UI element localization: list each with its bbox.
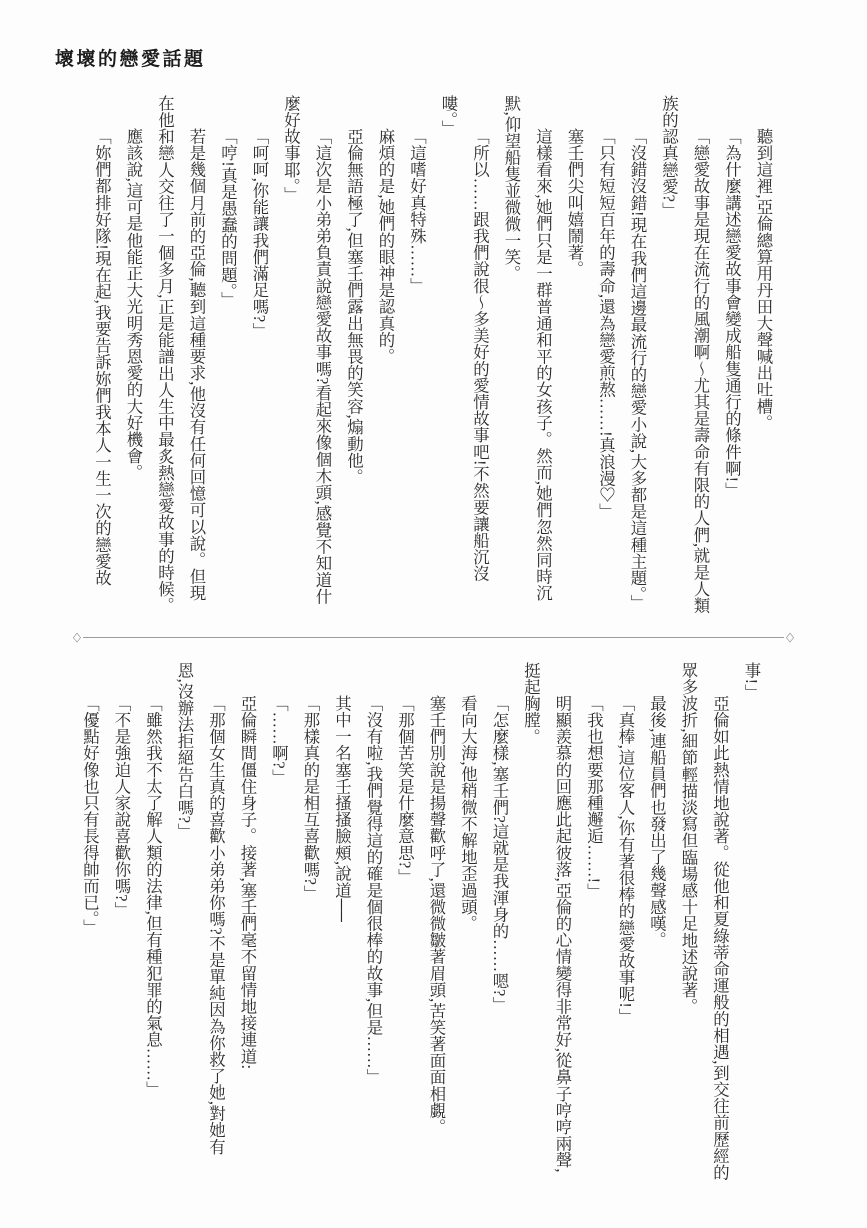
text-column: 亞倫無語極了,但塞壬們露出無畏的笑容,煽動他。	[338, 95, 370, 627]
text-column: 麼好故事耶。」	[275, 95, 307, 627]
text-column: 塞壬們別說是揚聲歡呼了,還微微皺著眉頭,苦笑著面面相覷。	[421, 662, 453, 1210]
text-column: 塞壬們尖叫嬉鬧著。	[559, 95, 591, 627]
text-column: 「這次是小弟弟負責說戀愛故事嗎?看起來像個木頭,感覺不知道什	[307, 95, 339, 627]
text-column: 應該說,這可是他能正大光明秀恩愛的大好機會。	[118, 95, 150, 627]
text-column: 若是幾個月前的亞倫,聽到這種要求,他沒有任何回憶可以說。但現	[181, 95, 213, 627]
bottom-text-block: 事!」亞倫如此熱情地說著。從他和夏綠蒂命運般的相遇,到交往前歷經的眾多波折,細節…	[74, 662, 767, 1210]
text-column: 族的認真戀愛?」	[653, 95, 685, 627]
text-column: 看向大海,他稍微不解地歪過頭。	[452, 662, 484, 1210]
text-column: 「戀愛故事是現在流行的風潮啊〜尤其是壽命有限的人們,就是人類	[685, 95, 717, 627]
top-text-block: 聽到這裡,亞倫總算用丹田大聲喊出吐槽。「為什麼講述戀愛故事會變成船隻通行的條件啊…	[86, 95, 779, 627]
text-column: 眾多波折,細節輕描淡寫但臨場感十足地述說著。	[673, 662, 705, 1210]
text-column: 在他和戀人交往了一個多月,正是能譜出人生中最炙熱戀愛故事的時候。	[149, 95, 181, 627]
text-column: 「……啊?」	[263, 662, 295, 1210]
text-column: 「不是強迫人家說喜歡你嗎?」	[106, 662, 138, 1210]
text-column: 恩,沒辦法拒絕告白嗎?」	[169, 662, 201, 1210]
text-column: 「那樣真的是相互喜歡嗎?」	[295, 662, 327, 1210]
text-column: 亞倫如此熱情地說著。從他和夏綠蒂命運般的相遇,到交往前歷經的	[704, 662, 736, 1210]
text-column: 「我也想要那種邂逅……!」	[578, 662, 610, 1210]
text-column: 「沒錯沒錯!現在我們這邊最流行的戀愛小說,大多都是這種主題。」	[622, 95, 654, 627]
diamond-icon: ◇	[786, 631, 794, 644]
text-column: 「優點好像也只有長得帥而已。」	[74, 662, 106, 1210]
text-column: 麻煩的是,她們的眼神是認真的。	[370, 95, 402, 627]
text-column: 這樣看來,她們只是一群普通和平的女孩子。然而,她們忽然同時沉	[527, 95, 559, 627]
text-column: 挺起胸膛。	[515, 662, 547, 1210]
novel-page: { "page_title": "壞壞的戀愛話題", "divider": { …	[0, 0, 867, 1228]
text-column: 嘍。」	[433, 95, 465, 627]
text-column: 「雖然我不太了解人類的法律,但有種犯罪的氣息……」	[137, 662, 169, 1210]
text-column: 亞倫瞬間僵住身子。接著,塞壬們毫不留情地接連道:	[232, 662, 264, 1210]
text-column: 「為什麼講述戀愛故事會變成船隻通行的條件啊!」	[716, 95, 748, 627]
page-title: 壞壞的戀愛話題	[55, 44, 206, 71]
text-column: 「所以……跟我們說很〜多美好的愛情故事吧!不然要讓船沉沒	[464, 95, 496, 627]
text-column: 「那個女生真的喜歡小弟弟你嗎?不是單純因為你救了她,對她有	[200, 662, 232, 1210]
divider-line	[83, 637, 784, 638]
text-column: 「只有短短百年的壽命,還為戀愛煎熬……!真浪漫♡」	[590, 95, 622, 627]
diamond-icon: ◇	[73, 631, 81, 644]
text-column: 事!」	[736, 662, 768, 1210]
text-column: 默,仰望船隻並微微一笑。	[496, 95, 528, 627]
text-column: 「那個苦笑是什麼意思?」	[389, 662, 421, 1210]
text-column: 「呵呵,你能讓我們滿足嗎?」	[244, 95, 276, 627]
text-column: 最後,連船員們也發出了幾聲感嘆。	[641, 662, 673, 1210]
text-column: 「真棒,這位客人,你有著很棒的戀愛故事呢!」	[610, 662, 642, 1210]
text-column: 「這嗜好真特殊……」	[401, 95, 433, 627]
text-column: 聽到這裡,亞倫總算用丹田大聲喊出吐槽。	[748, 95, 780, 627]
text-column: 「妳們都排好隊!現在起,我要告訴妳們我本人一生一次的戀愛故	[86, 95, 118, 627]
text-column: 明顯羨慕的回應此起彼落,亞倫的心情變得非常好,從鼻子哼哼兩聲,	[547, 662, 579, 1210]
text-column: 「沒有啦,我們覺得這的確是個很棒的故事,但是……」	[358, 662, 390, 1210]
text-column: 其中一名塞壬搔搔臉頰,說道──	[326, 662, 358, 1210]
section-divider: ◇ ◇	[72, 630, 795, 644]
text-column: 「怎麼樣,塞壬們?這就是我渾身的……嗯?」	[484, 662, 516, 1210]
text-column: 「哼!真是愚蠢的問題。」	[212, 95, 244, 627]
